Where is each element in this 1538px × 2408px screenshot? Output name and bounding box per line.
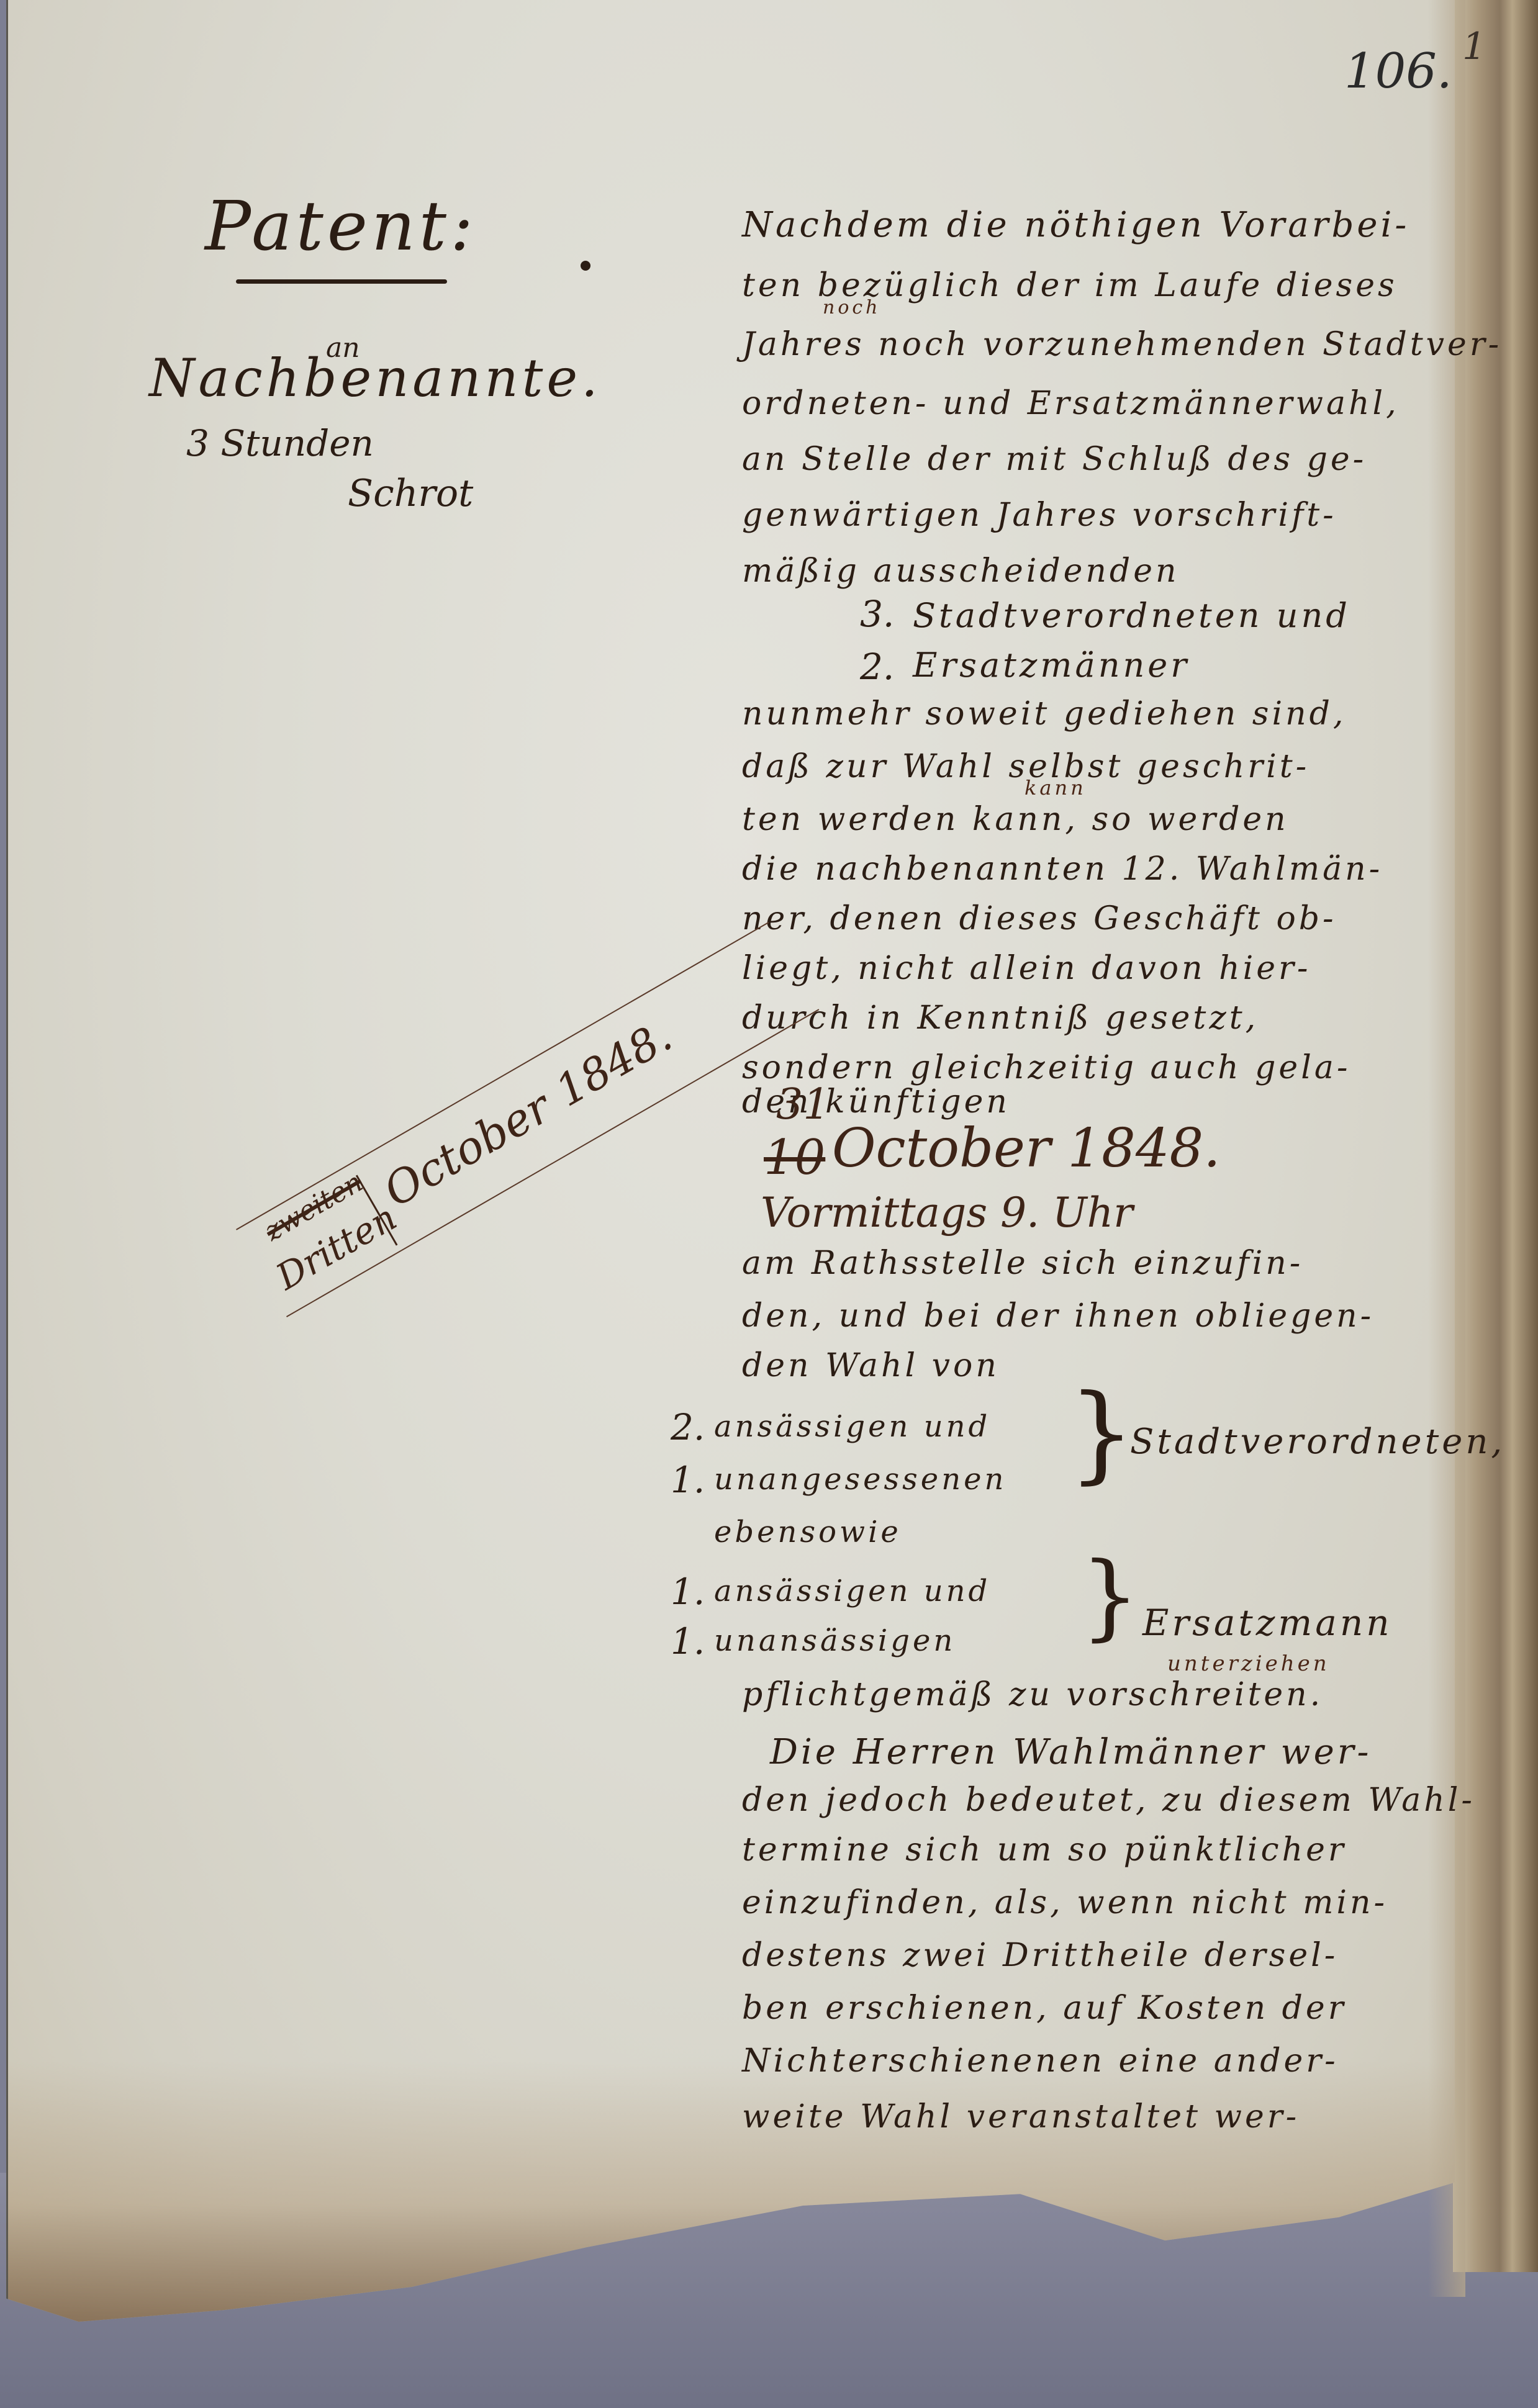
body-line: Nachdem die nöthigen Vorarbei- [742, 205, 1409, 245]
body-line: nunmehr soweit gediehen sind, [742, 695, 1346, 733]
body-line: ner, denen dieses Geschäft ob- [742, 900, 1337, 937]
margin-note-2: Schrot [348, 472, 473, 515]
body-line: weite Wahl veranstaltet wer- [742, 2098, 1300, 2135]
body-line: ben erschienen, auf Kosten der [742, 1990, 1347, 2027]
list-number: 3. [860, 593, 894, 635]
date-month-year: October 1848. [832, 1117, 1221, 1179]
list-text: Ersatzmänner [913, 646, 1190, 685]
connector: ebensowie [714, 1515, 902, 1549]
binding-mark: 1 [1462, 25, 1486, 68]
list-text: ansässigen und [714, 1574, 990, 1608]
insertion-mark: kann [1025, 776, 1087, 800]
insertion-mark: noch [823, 297, 881, 318]
group-target: Ersatzmann [1142, 1602, 1393, 1644]
body-line: die nachbenannten 12. Wahlmän- [742, 850, 1383, 888]
body-line: am Rathsstelle sich einzufin- [742, 1245, 1303, 1282]
list-text: unansässigen [714, 1623, 956, 1658]
group-target: Stadtverordneten, [1130, 1422, 1505, 1462]
body-line: Die Herren Wahlmänner wer- [770, 1732, 1372, 1772]
heading-underline [236, 279, 447, 284]
body-line: ordneten- und Ersatzmännerwahl, [742, 385, 1400, 422]
body-line: den Wahl von [742, 1347, 1000, 1384]
body-line: den, und bei der ihnen obliegen- [742, 1297, 1374, 1335]
list-number: 2. [860, 646, 894, 688]
body-line: den jedoch bedeutet, zu diesem Wahl- [742, 1782, 1475, 1819]
margin-note-1: 3 Stunden [186, 422, 374, 464]
body-line: sondern gleichzeitig auch gela- [742, 1049, 1350, 1086]
body-line: Nichterschienenen eine ander- [742, 2042, 1339, 2080]
brace-icon: } [1080, 1543, 1139, 1651]
ink-dot [581, 261, 590, 271]
margin-heading: Patent: [205, 186, 477, 266]
insertion-mark: unterziehen [1167, 1651, 1330, 1676]
body-line: Jahres noch vorzunehmenden Stadtver- [742, 326, 1502, 363]
body-line: an Stelle der mit Schluß des ge- [742, 441, 1367, 478]
body-line: durch in Kenntniß gesetzt, [742, 999, 1259, 1037]
margin-addressee: Nachbenannte. [149, 348, 602, 408]
folio-number: 106. [1344, 43, 1452, 99]
brace-icon: } [1068, 1372, 1135, 1495]
list-text: unangesessenen [714, 1462, 1006, 1497]
list-text: Stadtverordneten und [913, 596, 1350, 635]
body-line: liegt, nicht allein davon hier- [742, 950, 1311, 987]
body-line: pflichtgemäß zu vorschreiten. [742, 1676, 1323, 1713]
body-line: genwärtigen Jahres vorschrift- [742, 497, 1337, 534]
list-text: ansässigen und [714, 1409, 990, 1444]
list-number: 1. [671, 1571, 705, 1613]
list-number: 1. [671, 1620, 705, 1662]
meeting-time: Vormittags 9. Uhr [761, 1189, 1133, 1237]
corrected-day: 31 [776, 1080, 830, 1129]
list-number: 1. [671, 1459, 705, 1501]
body-line: ten werden kann, so werden [742, 801, 1289, 838]
body-line: mäßig ausscheidenden [742, 552, 1179, 590]
struck-day: 10 [764, 1130, 825, 1186]
body-line: einzufinden, als, wenn nicht min- [742, 1884, 1388, 1921]
list-number: 2. [671, 1406, 705, 1448]
body-line: destens zwei Drittheile dersel- [742, 1937, 1338, 1974]
body-line: termine sich um so pünktlicher [742, 1831, 1347, 1869]
